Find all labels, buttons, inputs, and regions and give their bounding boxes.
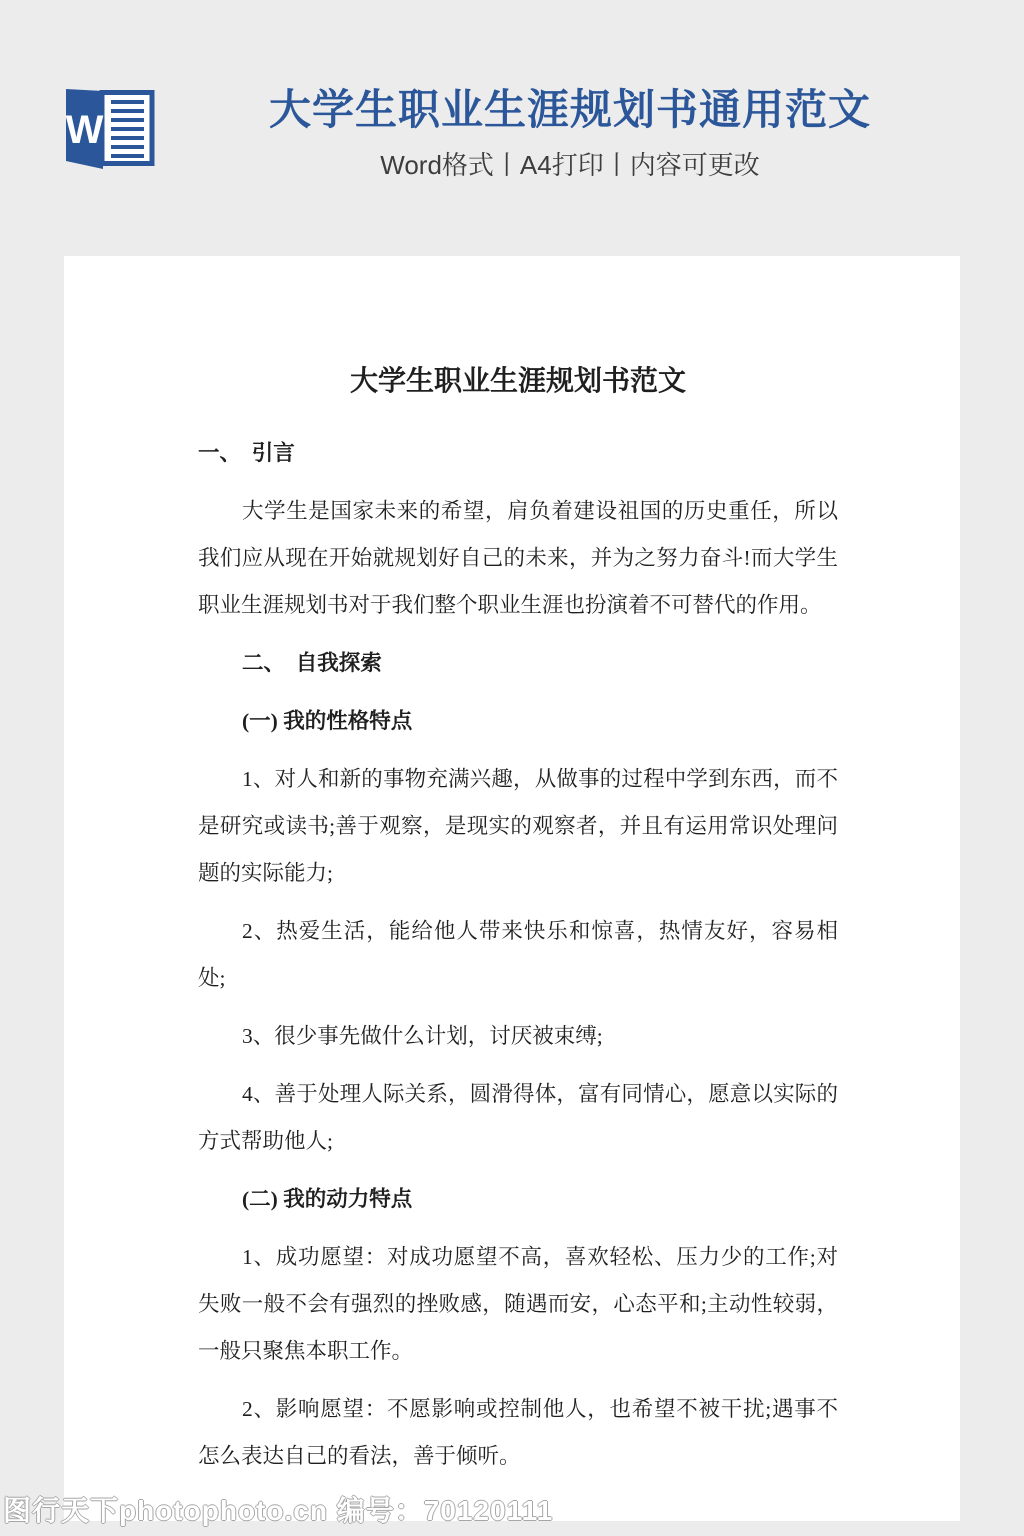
document-title: 大学生职业生涯规划书范文 bbox=[198, 364, 838, 400]
doc-paragraph: 3、很少事先做什么计划，讨厌被束缚; bbox=[198, 1013, 838, 1060]
section-heading: 二、 自我探索 bbox=[198, 640, 838, 687]
doc-paragraph: 4、善于处理人际关系，圆滑得体，富有同情心，愿意以实际的方式帮助他人; bbox=[198, 1071, 838, 1165]
header-title: 大学生职业生涯规划书通用范文 bbox=[170, 84, 970, 136]
section-heading: 一、 引言 bbox=[198, 430, 838, 477]
document-page: 大学生职业生涯规划书范文 一、 引言 大学生是国家未来的希望，肩负着建设祖国的历… bbox=[64, 256, 960, 1521]
word-icon-letter: W bbox=[66, 108, 104, 152]
doc-paragraph: 2、热爱生活，能给他人带来快乐和惊喜，热情友好，容易相处; bbox=[198, 908, 838, 1002]
header-subtitle: Word格式丨A4打印丨内容可更改 bbox=[170, 148, 970, 182]
section-heading: (一) 我的性格特点 bbox=[198, 698, 838, 745]
doc-paragraph: 1、成功愿望：对成功愿望不高，喜欢轻松、压力少的工作;对失败一般不会有强烈的挫败… bbox=[198, 1234, 838, 1375]
section-heading: (二) 我的动力特点 bbox=[198, 1176, 838, 1223]
word-icon: W bbox=[64, 88, 156, 172]
doc-paragraph: 1、对人和新的事物充满兴趣，从做事的过程中学到东西，而不是研究或读书;善于观察，… bbox=[198, 756, 838, 897]
header-text: 大学生职业生涯规划书通用范文 Word格式丨A4打印丨内容可更改 bbox=[170, 84, 970, 182]
doc-paragraph: 2、影响愿望：不愿影响或控制他人，也希望不被干扰;遇事不怎么表达自己的看法，善于… bbox=[198, 1386, 838, 1480]
watermark: 图行天下photophoto.cn 编号：70120111 bbox=[3, 1489, 553, 1529]
header: W 大学生职业生涯规划书通用范文 Word格式丨A4打印丨内容可更改 bbox=[0, 0, 1024, 256]
doc-paragraph: 大学生是国家未来的希望，肩负着建设祖国的历史重任，所以我们应从现在开始就规划好自… bbox=[198, 488, 838, 629]
